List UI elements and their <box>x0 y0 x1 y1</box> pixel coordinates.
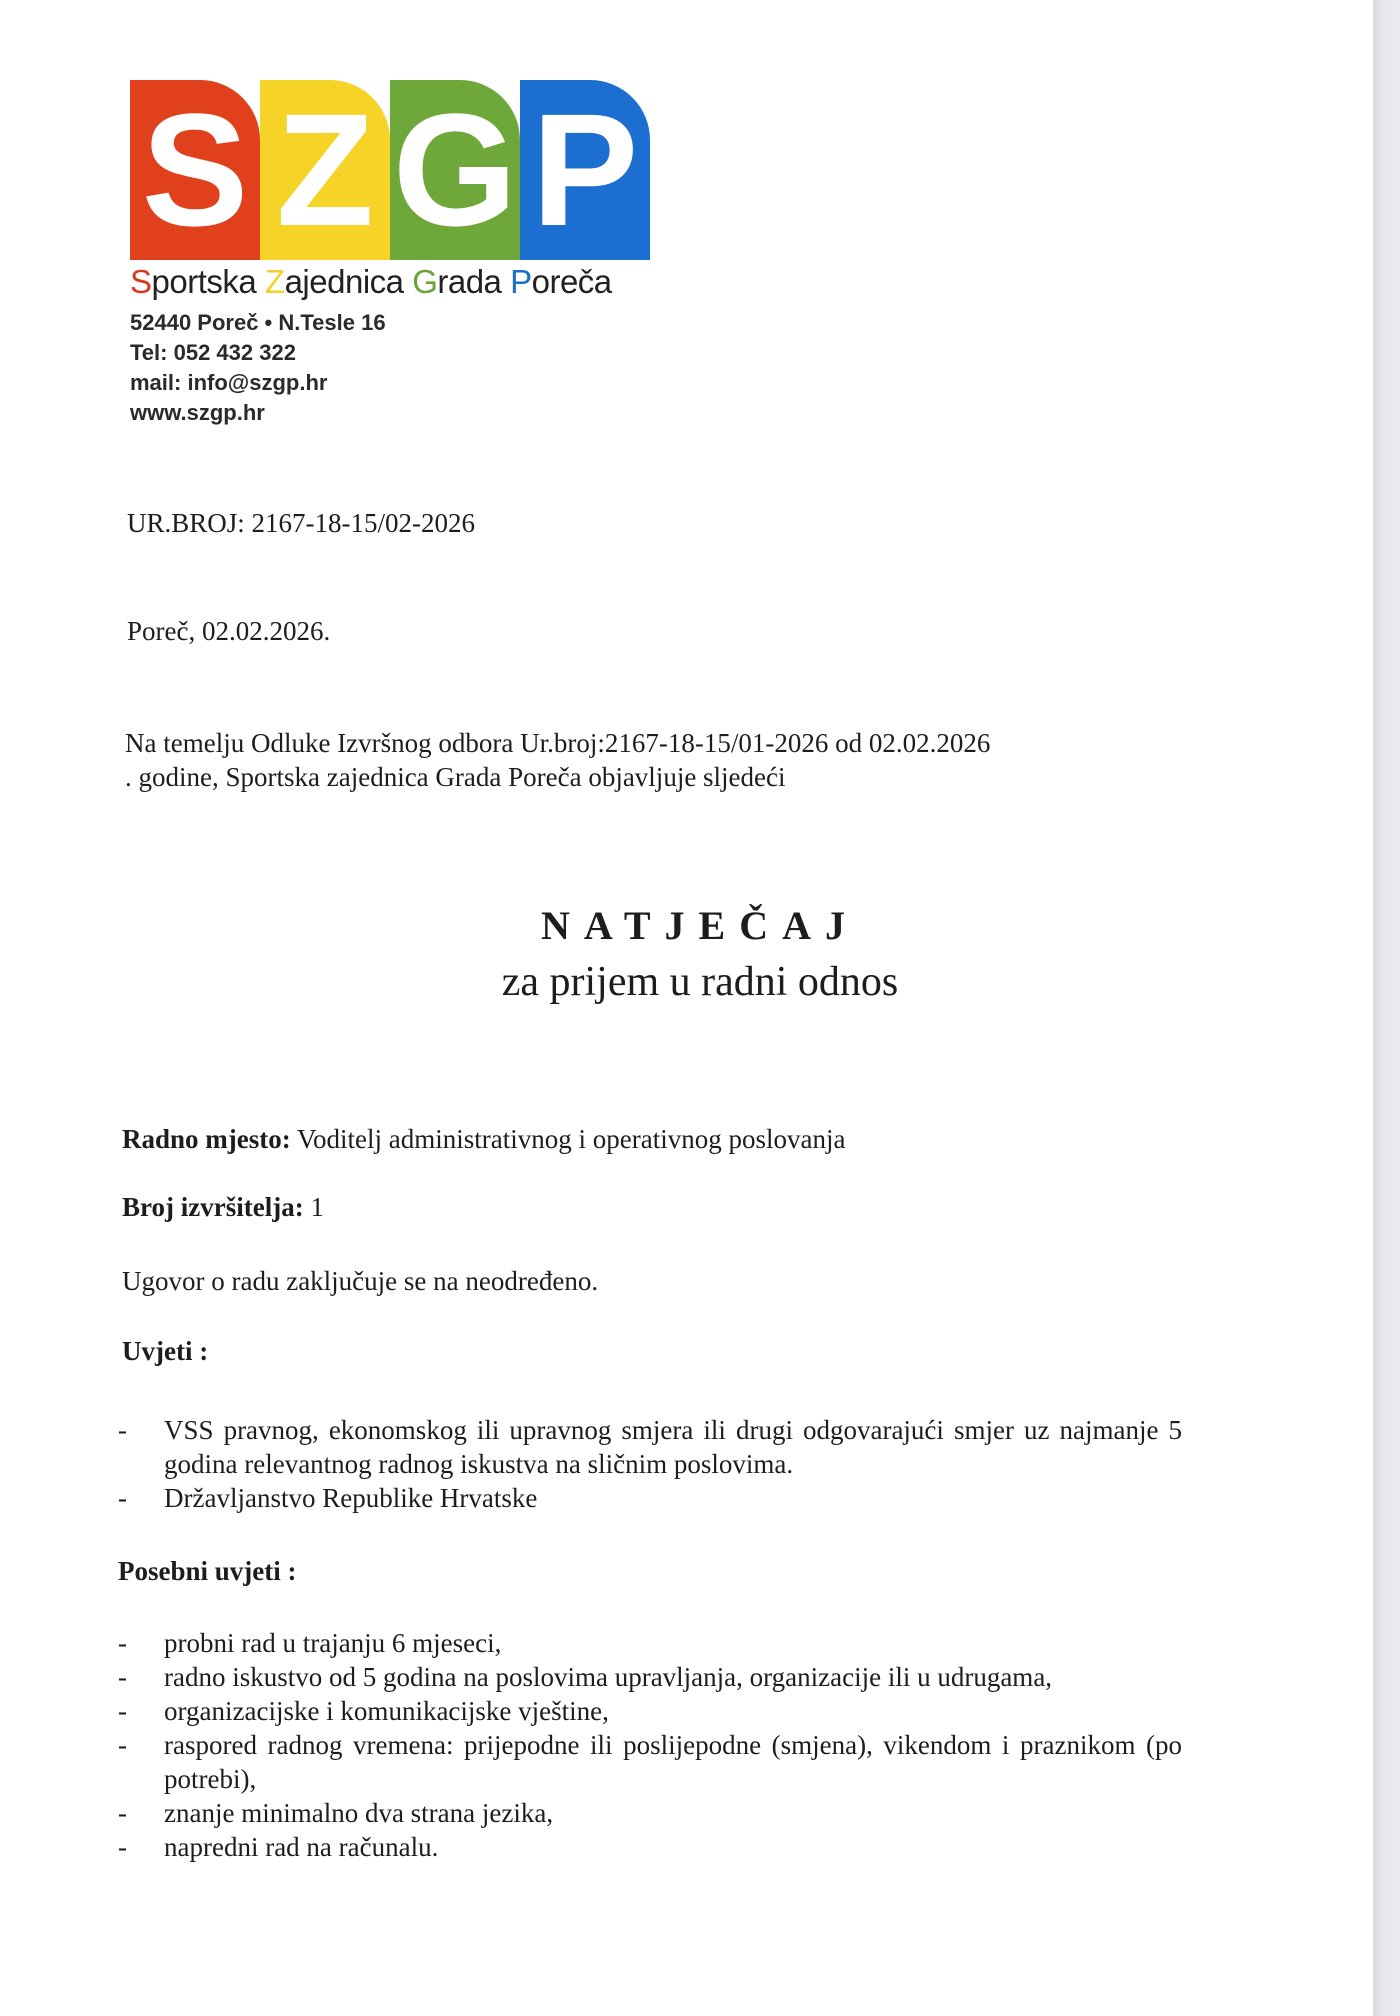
position-label: Radno mjesto: <box>122 1124 291 1154</box>
special-condition-text: raspored radnog vremena: prijepodne ili … <box>164 1728 1182 1796</box>
place-date: Poreč, 02.02.2026. <box>127 614 330 648</box>
condition-text: VSS pravnog, ekonomskog ili upravnog smj… <box>164 1413 1182 1481</box>
conditions-heading: Uvjeti : <box>122 1334 208 1368</box>
list-item: -radno iskustvo od 5 godina na poslovima… <box>118 1660 1182 1694</box>
conditions-list: -VSS pravnog, ekonomskog ili upravnog sm… <box>118 1413 1182 1515</box>
list-item: -VSS pravnog, ekonomskog ili upravnog sm… <box>118 1413 1182 1481</box>
bullet: - <box>118 1830 164 1864</box>
special-condition-text: znanje minimalno dva strana jezika, <box>164 1796 1182 1830</box>
logo-tile-s: S <box>130 80 260 260</box>
org-word: portska <box>152 263 257 300</box>
bullet: - <box>118 1481 164 1515</box>
page-edge-shadow <box>1373 0 1400 2016</box>
position-value: Voditelj administrativnog i operativnog … <box>291 1124 846 1154</box>
org-word: rada <box>437 263 501 300</box>
count-value: 1 <box>304 1192 324 1222</box>
logo-tile-z: Z <box>260 80 390 260</box>
special-conditions-list: -probni rad u trajanju 6 mjeseci, -radno… <box>118 1626 1182 1864</box>
document-subtitle: za prijem u radni odnos <box>0 958 1400 1006</box>
org-initial-g: G <box>412 263 437 300</box>
reference-number: UR.BROJ: 2167-18-15/02-2026 <box>127 506 475 540</box>
org-initial-z: Z <box>265 263 285 300</box>
organization-name: Sportska Zajednica Grada Poreča <box>130 263 612 301</box>
address: 52440 Poreč • N.Tesle 16 <box>130 308 386 338</box>
intro-line-2: . godine, Sportska zajednica Grada Poreč… <box>125 760 786 794</box>
logo-tile-g: G <box>390 80 520 260</box>
bullet: - <box>118 1413 164 1481</box>
list-item: -organizacijske i komunikacijske vještin… <box>118 1694 1182 1728</box>
list-item: -raspored radnog vremena: prijepodne ili… <box>118 1728 1182 1796</box>
org-word: oreča <box>532 263 612 300</box>
special-condition-text: probni rad u trajanju 6 mjeseci, <box>164 1626 1182 1660</box>
special-condition-text: napredni rad na računalu. <box>164 1830 1182 1864</box>
bullet: - <box>118 1694 164 1728</box>
intro-line-1: Na temelju Odluke Izvršnog odbora Ur.bro… <box>125 726 990 760</box>
count-label: Broj izvršitelja: <box>122 1192 304 1222</box>
list-item: -Državljanstvo Republike Hrvatske <box>118 1481 1182 1515</box>
org-initial-s: S <box>130 263 152 300</box>
list-item: -probni rad u trajanju 6 mjeseci, <box>118 1626 1182 1660</box>
org-word: ajednica <box>285 263 404 300</box>
szgp-logo: S Z G P <box>130 80 650 260</box>
bullet: - <box>118 1796 164 1830</box>
telephone: Tel: 052 432 322 <box>130 338 386 368</box>
bullet: - <box>118 1728 164 1796</box>
bullet: - <box>118 1660 164 1694</box>
special-condition-text: organizacijske i komunikacijske vještine… <box>164 1694 1182 1728</box>
special-conditions-heading: Posebni uvjeti : <box>118 1554 297 1588</box>
contact-block: 52440 Poreč • N.Tesle 16 Tel: 052 432 32… <box>130 308 386 428</box>
special-condition-text: radno iskustvo od 5 godina na poslovima … <box>164 1660 1182 1694</box>
website: www.szgp.hr <box>130 398 386 428</box>
list-item: -znanje minimalno dva strana jezika, <box>118 1796 1182 1830</box>
contract-line: Ugovor o radu zaključuje se na neodređen… <box>122 1264 598 1298</box>
position-line: Radno mjesto: Voditelj administrativnog … <box>122 1122 845 1156</box>
email: mail: info@szgp.hr <box>130 368 386 398</box>
logo-tile-p: P <box>520 80 650 260</box>
condition-text: Državljanstvo Republike Hrvatske <box>164 1481 1182 1515</box>
document-title: NATJEČAJ <box>0 902 1400 949</box>
list-item: -napredni rad na računalu. <box>118 1830 1182 1864</box>
org-initial-p: P <box>510 263 532 300</box>
bullet: - <box>118 1626 164 1660</box>
count-line: Broj izvršitelja: 1 <box>122 1190 324 1224</box>
